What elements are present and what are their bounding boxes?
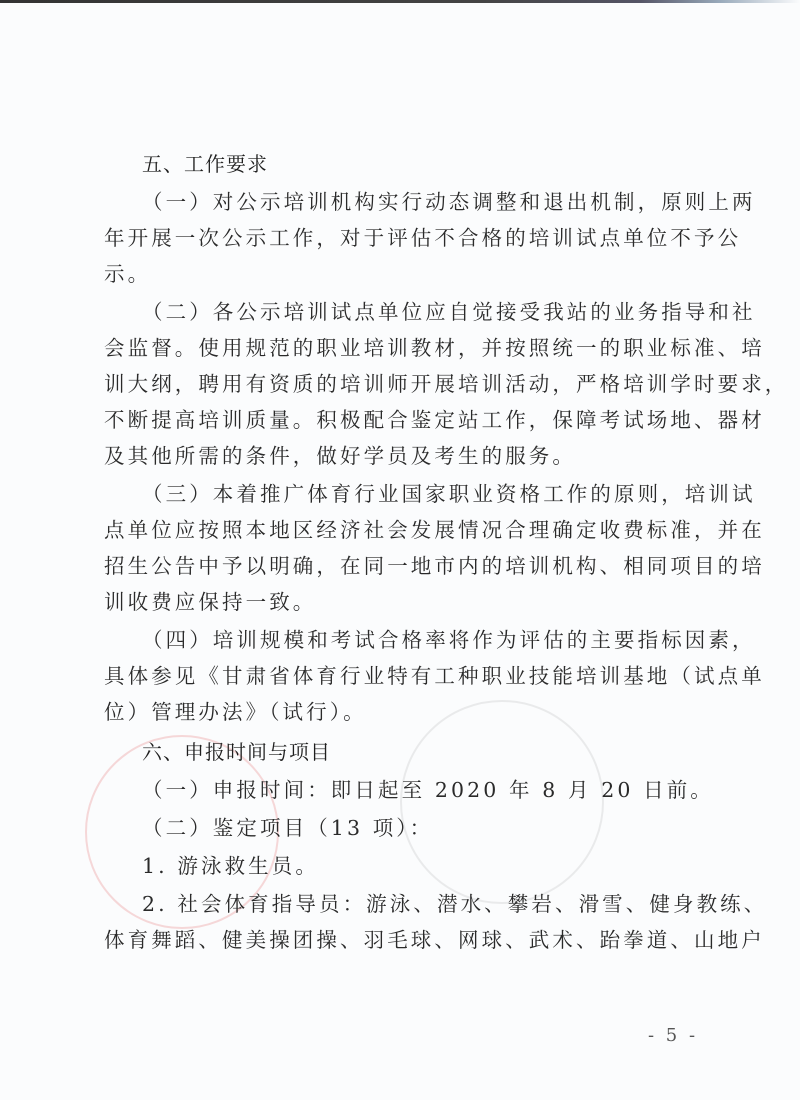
paragraph-line: 点单位应按照本地区经济社会发展情况合理确定收费标准，并在 xyxy=(104,516,765,544)
paragraph-line: （二）各公示培训试点单位应自觉接受我站的业务指导和社 xyxy=(142,298,756,326)
paragraph-line: 训收费应保持一致。 xyxy=(104,588,316,616)
scan-edge xyxy=(0,0,800,3)
paragraph-line: 训大纲，聘用有资质的培训师开展培训活动，严格培训学时要求， xyxy=(104,370,788,398)
page-number: - 5 - xyxy=(648,1025,698,1046)
paragraph-line: 具体参见《甘肃省体育行业特有工种职业技能培训基地（试点单 xyxy=(104,662,765,690)
paragraph-line: 会监督。使用规范的职业培训教材，并按照统一的职业标准、培 xyxy=(104,334,765,362)
paragraph-line: 2. 社会体育指导员：游泳、潜水、攀岩、滑雪、健身教练、 xyxy=(142,890,767,918)
paragraph-line: 年开展一次公示工作，对于评估不合格的培训试点单位不予公 xyxy=(104,224,741,252)
paragraph-line: 招生公告中予以明确，在同一地市内的培训机构、相同项目的培 xyxy=(104,552,765,580)
paragraph-line: 体育舞蹈、健美操团操、羽毛球、网球、武术、跆拳道、山地户 xyxy=(104,926,765,954)
paragraph-line: 示。 xyxy=(104,260,151,288)
paragraph-line: 不断提高培训质量。积极配合鉴定站工作，保障考试场地、器材 xyxy=(104,406,765,434)
paragraph-line: （四）培训规模和考试合格率将作为评估的主要指标因素， xyxy=(142,626,756,654)
paragraph-line: 及其他所需的条件，做好学员及考生的服务。 xyxy=(104,442,576,470)
paragraph-line: 1. 游泳救生员。 xyxy=(142,852,319,880)
paragraph-line: 位）管理办法》（试行）。 xyxy=(104,698,367,726)
paragraph-line: （三）本着推广体育行业国家职业资格工作的原则，培训试 xyxy=(142,480,756,508)
paragraph-line: （二）鉴定项目（13 项）： xyxy=(142,814,433,842)
section-heading-work-requirements: 五、工作要求 xyxy=(142,150,268,178)
paragraph-line: （一）申报时间：即日起至 2020 年 8 月 20 日前。 xyxy=(142,776,714,804)
paragraph-line: （一）对公示培训机构实行动态调整和退出机制，原则上两 xyxy=(142,188,756,216)
section-heading-application-time: 六、申报时间与项目 xyxy=(142,738,331,766)
